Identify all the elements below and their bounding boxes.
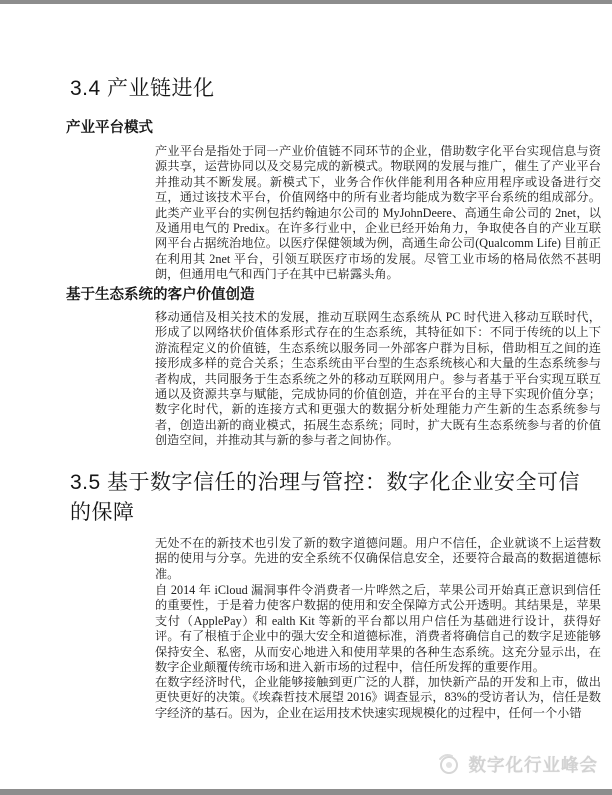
paragraph-digital-economy-trust: 在数字经济时代，企业能够接触到更广泛的人群，加快新产品的开发和上市，做出更快更好… bbox=[155, 675, 601, 721]
summit-logo-icon bbox=[436, 751, 462, 777]
paragraph-industry-platform: 产业平台是指处于同一产业价值链不同环节的企业，借助数字化平台实现信息与资源共享，… bbox=[155, 144, 601, 283]
section-heading-3-5: 3.5 基于数字信任的治理与管控：数字化企业安全可信的保障 bbox=[70, 468, 598, 528]
paragraph-ecosystem-value: 移动通信及相关技术的发展，推动互联网生态系统从 PC 时代进入移动互联时代，形成… bbox=[155, 310, 601, 449]
watermark-label: 数字化行业峰会 bbox=[469, 752, 599, 777]
paragraph-digital-ethics: 无处不在的新技术也引发了新的数字道德问题。用户不信任，企业就谈不上运营数据的使用… bbox=[155, 536, 601, 582]
subsection-title-ecosystem-customer-value: 基于生态系统的客户价值创造 bbox=[66, 286, 255, 304]
page-bottom-border bbox=[0, 789, 612, 795]
watermark: 数字化行业峰会 bbox=[436, 751, 599, 777]
subsection-title-industry-platform-model: 产业平台模式 bbox=[66, 119, 153, 137]
document-page: 3.4 产业链进化 产业平台模式 产业平台是指处于同一产业价值链不同环节的企业，… bbox=[0, 0, 612, 795]
section-heading-3-4: 3.4 产业链进化 bbox=[70, 74, 490, 104]
paragraph-apple-trust: 自 2014 年 iCloud 漏洞事件令消费者一片哗然之后，苹果公司开始真正意… bbox=[155, 583, 601, 675]
page-top-border bbox=[0, 0, 612, 4]
